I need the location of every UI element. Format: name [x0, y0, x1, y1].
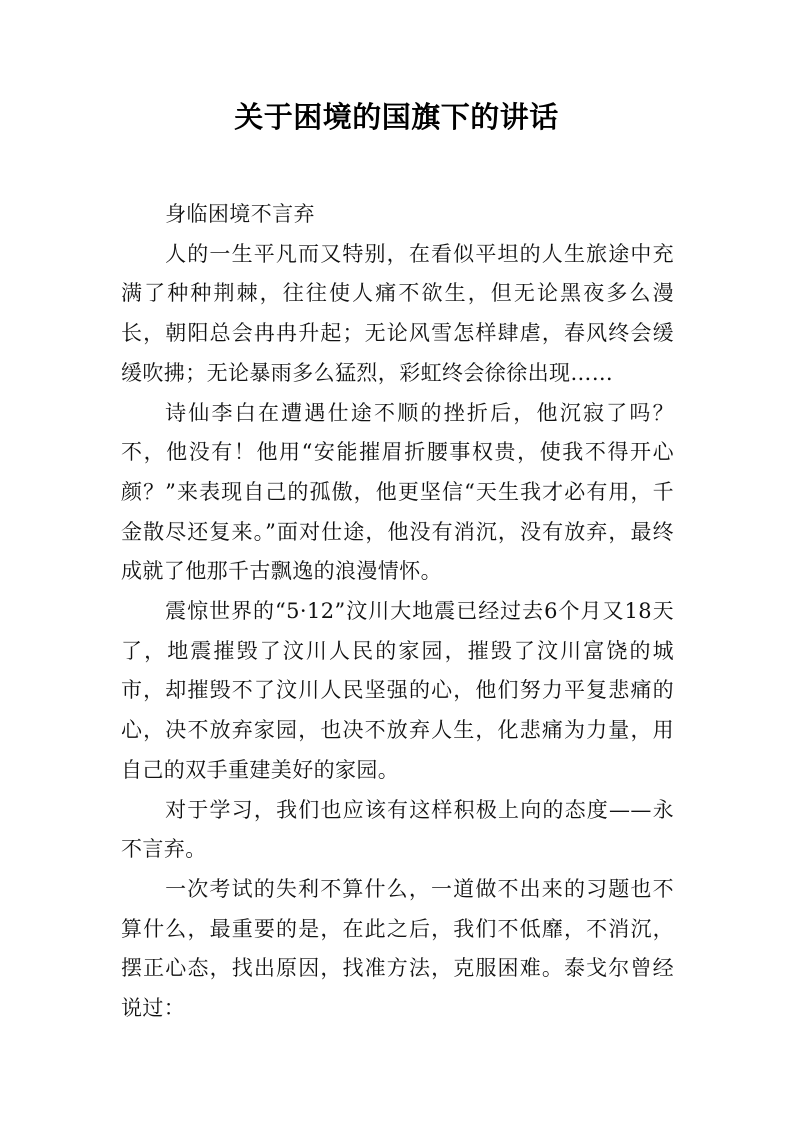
- body-paragraph: 对于学习，我们也应该有这样积极上向的态度——永不言弃。: [121, 791, 674, 870]
- body-paragraph: 人的一生平凡而又特别，在看似平坦的人生旅途中充满了种种荆棘，往往使人痛不欲生，但…: [121, 235, 674, 394]
- body-paragraph: 诗仙李白在遭遇仕途不顺的挫折后，他沉寂了吗？不，他没有！他用“安能摧眉折腰事权贵…: [121, 394, 674, 593]
- body-paragraph: 震惊世界的“5·12”汶川大地震已经过去6个月又18天了，地震摧毁了汶川人民的家…: [121, 592, 674, 791]
- subtitle-paragraph: 身临困境不言弃: [121, 195, 674, 235]
- document-page: 关于困境的国旗下的讲话 身临困境不言弃 人的一生平凡而又特别，在看似平坦的人生旅…: [0, 0, 793, 1122]
- document-title: 关于困境的国旗下的讲话: [0, 98, 793, 136]
- document-body: 身临困境不言弃 人的一生平凡而又特别，在看似平坦的人生旅途中充满了种种荆棘，往往…: [121, 195, 674, 1029]
- body-paragraph: 一次考试的失利不算什么，一道做不出来的习题也不算什么，最重要的是，在此之后，我们…: [121, 870, 674, 1029]
